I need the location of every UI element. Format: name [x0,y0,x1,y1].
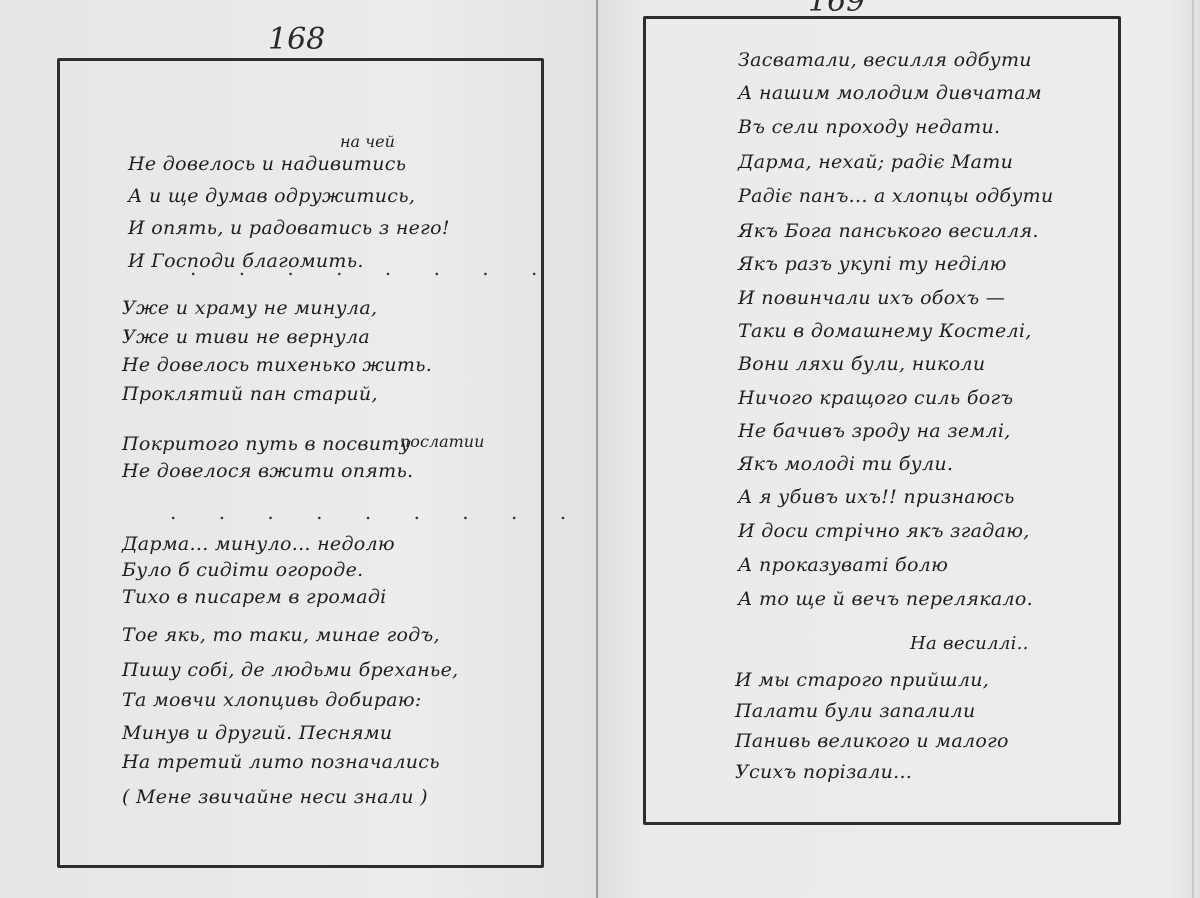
verse-line: Палати були запалили [735,696,1009,726]
verse-line: Якъ Бога панського весилля. [738,214,1054,248]
verse-line: Усихъ порізали... [735,757,1009,787]
verse-line: А нашим молодим дивчатам [738,77,1054,110]
verse-line: Було б сидіти огороде. [122,558,458,582]
verse-line: А и ще думав одружитись, [128,183,450,210]
verse-line: Дарма, нехай; радіє Мати [738,145,1054,179]
left-insertion-stanza-2: послатии [400,432,484,451]
verse-line: А проказуваті болю [738,548,1054,582]
verse-line: На третий лито позначались [122,747,458,782]
verse-line: Не довелось тихенько жить. [122,351,432,379]
book-gutter [596,0,598,898]
verse-line: Таки в домашнему Костелі, [738,315,1054,348]
right-stanza-1: Засватали, весилля одбути А нашим молоди… [738,44,1054,616]
verse-line: Якъ разъ укупі ту неділю [738,248,1054,281]
verse-line: Якъ молоді ти були. [738,448,1054,481]
verse-line: А я убивъ ихъ!! признаюсь [738,481,1054,514]
verse-line: Радіє панъ... а хлопцы одбути [738,179,1054,214]
verse-line: Минув и другий. Песнями [122,719,458,747]
verse-line: И доси стрічно якъ згадаю, [738,514,1054,548]
verse-line: А то ще й вечъ перелякало. [738,582,1054,616]
verse-line: Не довелося вжити опять. [122,457,432,485]
left-separator-2: . . . . . . . . . [170,500,584,524]
left-stanza-3: Дарма... минуло... недолю Було б сидіти … [122,530,458,812]
verse-line: И повинчали ихъ обохъ — [738,281,1054,315]
verse-line: И опять, и радоватись з него! [128,210,450,246]
verse-line: Вони ляхи були, николи [738,348,1054,381]
verse-line: Уже и тиви не вернула [122,323,432,351]
verse-line: Проклятий пан старий, [122,379,432,431]
left-stanza-2: Уже и храму не минула, Уже и тиви не вер… [122,294,432,485]
verse-line: Пишу собі, де людьми бреханье, [122,656,458,685]
verse-line: Не довелось и надивитись [128,146,450,183]
verse-line: Ничого кращого силь богъ [738,381,1054,415]
right-stanza-2: И мы старого прийшли, Палати були запали… [735,665,1009,787]
verse-line: Тое якь, то таки, минае годъ, [122,620,458,656]
verse-line: Тихо в писарем в громаді [122,582,458,620]
verse-line: Засватали, весилля одбути [738,44,1054,77]
verse-line: Панивь великого и малого [735,726,1009,757]
left-separator-1: . . . . . . . . [190,256,555,280]
left-page-number: 168 [268,22,325,57]
right-caption: На весиллі.. [910,633,1029,654]
verse-line: ( Мене звичайне неси знали ) [122,782,458,812]
verse-line: И мы старого прийшли, [735,665,1009,696]
verse-line: Не бачивъ зроду на землі, [738,415,1054,448]
verse-line: Въ сели проходу недати. [738,110,1054,145]
verse-line: Покритого путь в посвиту [122,431,432,457]
verse-line: Дарма... минуло... недолю [122,530,458,558]
verse-line: Та мовчи хлопцивь добираю: [122,685,458,719]
page-edge [1192,0,1194,898]
verse-line: Уже и храму не минула, [122,294,432,323]
